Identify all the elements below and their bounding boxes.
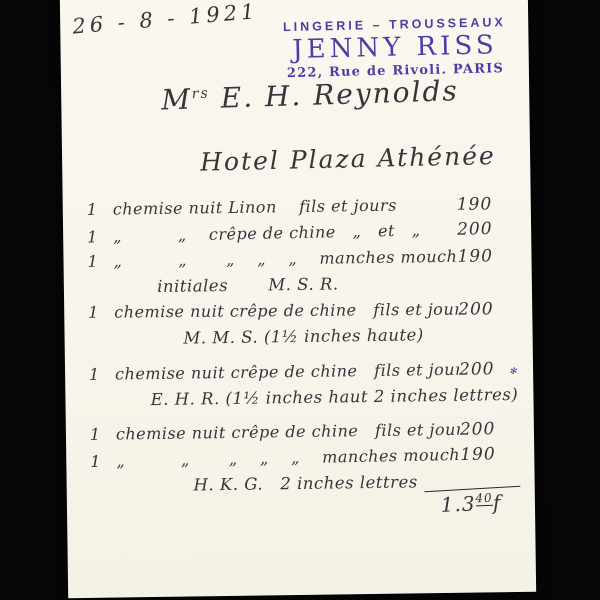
total-amount: 1.340f	[420, 487, 521, 518]
total-superscript: 40	[475, 491, 493, 507]
line-price: 190	[457, 194, 507, 215]
line-quantity: 1	[90, 425, 116, 444]
stamp-shop-name: JENNY RISS	[284, 30, 507, 65]
monogram-note-text: E. H. R. (1½ inches haut 2 inches lettre…	[151, 385, 519, 409]
line-price: 190	[460, 444, 510, 465]
line-ink-mark: ✻	[509, 367, 519, 377]
recipient-name: Mrs E. H. Reynolds	[161, 74, 459, 116]
line-description: chemise nuit crêpe de chine fils et jour	[115, 360, 459, 384]
monogram-note-line: M. M. S. (1½ inches haute)	[88, 324, 518, 356]
line-price: 200	[459, 359, 509, 380]
line-price: 200	[460, 419, 510, 440]
line-description: chemise nuit Linon fils et jours	[113, 195, 457, 219]
line-quantity: 1	[89, 365, 115, 384]
line-description: chemise nuit crêpe de chine fils et jour	[116, 420, 460, 444]
line-quantity: 1	[90, 452, 116, 471]
invoice-line: 1 chemise nuit crêpe de chine fils et jo…	[88, 299, 518, 329]
recipient-name-main: M	[161, 83, 193, 117]
total-currency: f	[492, 490, 501, 514]
monogram-note-text: M. M. S. (1½ inches haute)	[183, 325, 424, 347]
line-quantity: 1	[87, 227, 113, 247]
recipient-name-rest: E. H. Reynolds	[209, 74, 459, 115]
line-price: 200	[457, 219, 507, 240]
monogram-note-text: H. K. G. 2 inches lettres	[193, 472, 417, 494]
line-price: 200	[458, 299, 508, 319]
line-quantity: 1	[88, 303, 114, 322]
total-value: 1.3	[440, 491, 476, 516]
shop-stamp: LINGERIE – TROUSSEAUX JENNY RISS 222, Ru…	[283, 15, 507, 81]
letter-paper: 26 - 8 - 1921 LINGERIE – TROUSSEAUX JENN…	[60, 0, 536, 598]
handwritten-date: 26 - 8 - 1921	[71, 0, 259, 39]
items-list: 1 chemise nuit Linon fils et jours 190 1…	[87, 194, 521, 503]
monogram-note-text: initiales M. S. R.	[157, 274, 339, 296]
line-quantity: 1	[87, 252, 113, 271]
monogram-note-line: E. H. R. (1½ inches haut 2 inches lettre…	[89, 385, 519, 417]
line-price: 190	[457, 246, 507, 267]
recipient-address: Hotel Plaza Athénée	[200, 141, 496, 177]
line-quantity: 1	[87, 200, 113, 219]
recipient-name-superscript: rs	[192, 86, 210, 103]
line-description: chemise nuit crêpe de chine fils et jour	[114, 300, 458, 322]
